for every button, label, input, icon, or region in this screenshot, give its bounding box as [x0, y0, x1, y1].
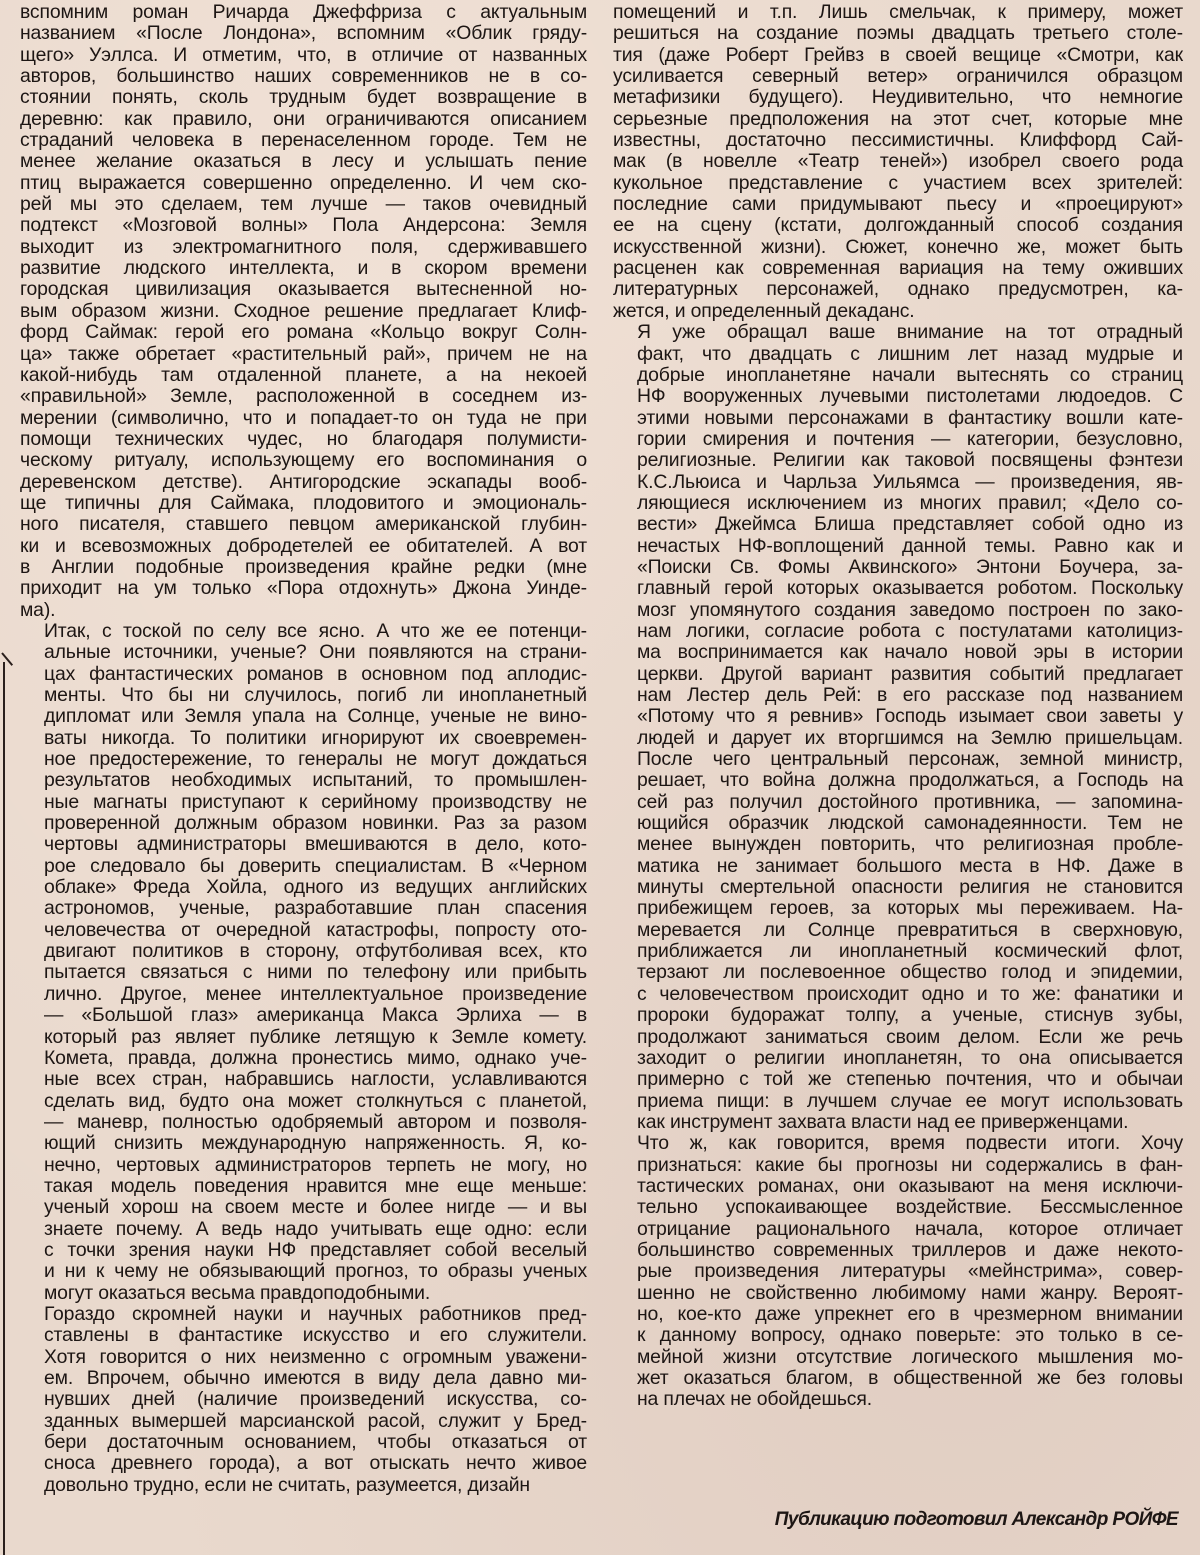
text-line: ки и всевозможных добродетелей ее обитат… — [20, 536, 587, 557]
text-line: какой-нибудь там отдаленной планете, а н… — [20, 365, 587, 386]
newspaper-page: вспомним роман Ричарда Джеффриза с актуа… — [0, 0, 1200, 1555]
text-line: Итак, с тоской по селу все ясно. А что ж… — [20, 621, 587, 642]
text-line: Что ж, как говорится, время подвести ито… — [613, 1133, 1183, 1154]
text-line: менее желание оказаться в лесу и услышат… — [20, 151, 587, 172]
text-line: ющийся образчик людской самонадеянности.… — [613, 813, 1183, 834]
text-line: ющий снизить международную напряженность… — [20, 1133, 587, 1154]
text-line: щего» Уэллса. И отметим, что, в отличие … — [20, 45, 587, 66]
text-line: расценен как современная вариация на тем… — [613, 258, 1183, 279]
text-line: к данному вопросу, однако поверьте: это … — [613, 1325, 1183, 1346]
text-line: могут оказаться весьма правдоподобными. — [20, 1283, 587, 1304]
text-line: отрицание рационального начала, которое … — [613, 1219, 1183, 1240]
text-line: рые произведения литературы «мейнстрима»… — [613, 1261, 1183, 1282]
author-byline: Публикацию подготовил Александр РОЙФЕ — [775, 1509, 1178, 1531]
paragraph: помещений и т.п. Лишь смельчак, к пример… — [613, 2, 1183, 322]
text-line: ца» также обретает «растительный рай», п… — [20, 344, 587, 365]
text-line: церкви. Другой вариант развития событий … — [613, 664, 1183, 685]
text-line: нам логики, согласие робота с постулатам… — [613, 621, 1183, 642]
text-line: менее вынужден повторить, что религиозна… — [613, 834, 1183, 855]
text-line: альные источники, ученые? Они появляются… — [20, 642, 587, 663]
text-line: мак (в новелле «Театр теней») изобрел св… — [613, 151, 1183, 172]
text-line: приема пищи: в лучшем случае ее могут ис… — [613, 1091, 1183, 1112]
text-line: известны, достаточно пессимистичны. Клиф… — [613, 130, 1183, 151]
text-line: ученый хорош на своем месте и более нигд… — [20, 1197, 587, 1218]
text-line: такая модель поведения нравится мне еще … — [20, 1176, 587, 1197]
text-line: литературных персонажей, однако предусмо… — [613, 279, 1183, 300]
text-line: в Англии подобные произведения крайне ре… — [20, 557, 587, 578]
text-line: ное предостережение, то генералы не могу… — [20, 749, 587, 770]
text-line: помещений и т.п. Лишь смельчак, к пример… — [613, 2, 1183, 23]
text-line: стоянии понять, сколь трудным будет возв… — [20, 87, 587, 108]
text-line: факт, что двадцать с лишним лет назад му… — [613, 344, 1183, 365]
text-line: облаке» Фреда Хойла, одного из ведущих а… — [20, 877, 587, 898]
text-line: метафизики будущего). Неудивительно, что… — [613, 87, 1183, 108]
text-line: — маневр, полностью одобряемый автором и… — [20, 1112, 587, 1133]
text-line: ма воспринимается как начало новой эры в… — [613, 642, 1183, 663]
text-line: ваты никогда. То политики игнорируют их … — [20, 728, 587, 749]
text-line: главный герой которых оказывается робото… — [613, 578, 1183, 599]
text-line: кукольное представление с участием всех … — [613, 173, 1183, 194]
text-line: проверенной должным образом новинки. Раз… — [20, 813, 587, 834]
text-line: религиозные. Религии как таковой посвяще… — [613, 450, 1183, 471]
text-line: ставлены в фантастике искусство и его сл… — [20, 1325, 587, 1346]
text-line: мозг упомянутого создания заведомо постр… — [613, 600, 1183, 621]
text-line: «Поиски Св. Фомы Аквинского» Энтони Боуч… — [613, 557, 1183, 578]
text-line: Хотя говорится о них неизменно с огромны… — [20, 1347, 587, 1368]
text-line: сделать вид, будто она может столкнуться… — [20, 1091, 587, 1112]
text-line: знаете почему. А ведь надо учитывать еще… — [20, 1219, 587, 1240]
text-line: вым образом жизни. Сходное решение предл… — [20, 301, 587, 322]
text-line: и ни к чему не обязывающий прогноз, то о… — [20, 1261, 587, 1282]
text-line: этими новыми персонажами в фантастику во… — [613, 408, 1183, 429]
paragraph: Итак, с тоской по селу все ясно. А что ж… — [20, 621, 587, 1304]
paragraph: Гораздо скромней науки и научных работни… — [20, 1304, 587, 1496]
text-line: тельно успокаивающее воздействие. Бессмы… — [613, 1197, 1183, 1218]
text-line: ляющиеся исключением из многих правил; «… — [613, 493, 1183, 514]
text-line: Я уже обращал ваше внимание на тот отрад… — [613, 322, 1183, 343]
text-line: приближается ли инопланетный космический… — [613, 941, 1183, 962]
text-line: лично. Другое, менее интеллектуальное пр… — [20, 984, 587, 1005]
paragraph: Я уже обращал ваше внимание на тот отрад… — [613, 322, 1183, 1133]
text-line: с точки зрения науки НФ представляет соб… — [20, 1240, 587, 1261]
text-line: зданных вымершей марсианской расой, служ… — [20, 1411, 587, 1432]
text-line: авторов, большинство наших современников… — [20, 66, 587, 87]
text-line: пытается связаться с ними по телефону ил… — [20, 962, 587, 983]
text-line: шенно не свойственно любимому нами жанру… — [613, 1283, 1183, 1304]
text-line: вести» Джеймса Блиша представляет собой … — [613, 514, 1183, 535]
text-line: городская цивилизация оказывается вытесн… — [20, 279, 587, 300]
text-line: признаться: какие бы прогнозы ни содержа… — [613, 1155, 1183, 1176]
text-line: мерении (символично, что и попадает-то о… — [20, 408, 587, 429]
text-line: бери достаточным основанием, чтобы отказ… — [20, 1432, 587, 1453]
text-line: выходит из электромагнитного поля, сдерж… — [20, 237, 587, 258]
text-line: рое следовало бы доверить специалистам. … — [20, 856, 587, 877]
text-line: развитие людского интеллекта, и в скором… — [20, 258, 587, 279]
text-line: нам Лестер дель Рей: в его рассказе под … — [613, 685, 1183, 706]
text-line: терзают ли послевоенное общество голод и… — [613, 962, 1183, 983]
text-line: астрономов, ученые, разработавшие план с… — [20, 898, 587, 919]
text-line: добрые инопланетяне начали вытеснять со … — [613, 365, 1183, 386]
text-line: ческому ритуалу, использующему его воспо… — [20, 450, 587, 471]
text-line: усиливается северный ветер» ограничился … — [613, 66, 1183, 87]
text-line: ного писателя, ставшего певцом американс… — [20, 514, 587, 535]
text-line: деревню: как правило, они ограничиваются… — [20, 109, 587, 130]
text-line: двигают политиков в сторону, отфутболива… — [20, 941, 587, 962]
left-column: вспомним роман Ричарда Джеффриза с актуа… — [20, 2, 587, 1496]
paragraph: вспомним роман Ричарда Джеффриза с актуа… — [20, 2, 587, 621]
text-line: ма). — [20, 600, 587, 621]
text-line: Гораздо скромней науки и научных работни… — [20, 1304, 587, 1325]
text-line: приходит на ум только «Пора отдохнуть» Д… — [20, 578, 587, 599]
text-line: форд Саймак: герой его романа «Кольцо во… — [20, 322, 587, 343]
text-line: с человечеством происходит одно и то же:… — [613, 984, 1183, 1005]
text-line: К.С.Льюиса и Чарльза Уильямса — произвед… — [613, 472, 1183, 493]
text-line: подтекст «Мозговой волны» Пола Андерсона… — [20, 215, 587, 236]
text-line: большинство современных триллеров и даже… — [613, 1240, 1183, 1261]
text-line: ные всех стран, набравшись наглости, усл… — [20, 1069, 587, 1090]
text-line: решиться на создание поэмы двадцать трет… — [613, 23, 1183, 44]
text-line: нечно, чертовых администраторов терпеть … — [20, 1155, 587, 1176]
text-line: нечастых НФ-воплощений данной темы. Равн… — [613, 536, 1183, 557]
text-line: птиц выражается совершенно определенно. … — [20, 173, 587, 194]
text-line: минуты смертельной опасности религия не … — [613, 877, 1183, 898]
text-line: матика не занимает большого места в НФ. … — [613, 856, 1183, 877]
text-line: вспомним роман Ричарда Джеффриза с актуа… — [20, 2, 587, 23]
paragraph: Что ж, как говорится, время подвести ито… — [613, 1133, 1183, 1410]
text-line: ем. Впрочем, обычно имеются в виду дела … — [20, 1368, 587, 1389]
text-line: продолжают заниматься своим делом. Если … — [613, 1027, 1183, 1048]
text-line: рей мы это сделаем, тем лучше — таков оч… — [20, 194, 587, 215]
text-line: помощи технических чудес, но благодаря п… — [20, 429, 587, 450]
text-line: заходит о религии инопланетян, то она оп… — [613, 1048, 1183, 1069]
text-line: меревается ли Солнце превратиться в свер… — [613, 920, 1183, 941]
text-line: довольно трудно, если не считать, разуме… — [20, 1475, 587, 1496]
text-line: результатов необходимых испытаний, то пр… — [20, 770, 587, 791]
text-line: Комета, правда, должна пронестись мимо, … — [20, 1048, 587, 1069]
text-line: мейной жизни отсутствие логического мышл… — [613, 1347, 1183, 1368]
text-line: как инструмент захвата власти над ее при… — [613, 1112, 1183, 1133]
text-line: человечества от очередной катастрофы, по… — [20, 920, 587, 941]
text-line: названием «После Лондона», вспомним «Обл… — [20, 23, 587, 44]
text-line: «Потому что я ревнив» Господь изымает св… — [613, 706, 1183, 727]
text-line: «правильной» Земле, расположенной в сосе… — [20, 386, 587, 407]
text-line: пророки будоражат толпу, а ученые, стисн… — [613, 1005, 1183, 1026]
text-line: НФ вооруженных лучевыми пистолетами людо… — [613, 386, 1183, 407]
text-line: ще типичны для Саймака, плодовитого и эм… — [20, 493, 587, 514]
text-line: дипломат или Земля упала на Солнце, учен… — [20, 706, 587, 727]
text-line: ные магнаты приступают к серийному произ… — [20, 792, 587, 813]
text-line: нувших дней (наличие произведений искусс… — [20, 1389, 587, 1410]
text-line: деревенском детстве). Антигородские эска… — [20, 472, 587, 493]
right-column: помещений и т.п. Лишь смельчак, к пример… — [613, 2, 1183, 1411]
text-line: сноса древнего города), а вот отыскать н… — [20, 1453, 587, 1474]
text-line: тия (даже Роберт Грейвз в своей вещице «… — [613, 45, 1183, 66]
margin-bracket-line — [3, 662, 5, 1555]
text-line: чертовы администраторы вмешиваются в дел… — [20, 834, 587, 855]
text-line: тастических романах, они оказывают на ме… — [613, 1176, 1183, 1197]
text-line: искусственной жизни). Сюжет, конечно же,… — [613, 237, 1183, 258]
text-line: менты. Что бы ни случилось, погиб ли ино… — [20, 685, 587, 706]
text-line: жется, и определенный декаданс. — [613, 301, 1183, 322]
text-line: людей и дарует их вторгшимся на Землю пр… — [613, 728, 1183, 749]
text-line: на плечах не обойдешься. — [613, 1389, 1183, 1410]
text-line: решает, что война должна продолжаться, а… — [613, 770, 1183, 791]
text-line: примерно с той же степенью почтения, что… — [613, 1069, 1183, 1090]
text-line: ее на сцену (кстати, долгожданный способ… — [613, 215, 1183, 236]
text-line: — «Большой глаз» американца Макса Эрлиха… — [20, 1005, 587, 1026]
text-line: сей раз получил достойного противника, —… — [613, 792, 1183, 813]
text-line: последние сами придумывают пьесу и «прое… — [613, 194, 1183, 215]
text-line: но, кое-кто даже упрекнет его в чрезмерн… — [613, 1304, 1183, 1325]
text-line: После чего центральный персонаж, земной … — [613, 749, 1183, 770]
text-line: страданий человека в перенаселенном горо… — [20, 130, 587, 151]
text-line: жет оказаться благом, в общественной же … — [613, 1368, 1183, 1389]
text-line: который раз являет публике летящую к Зем… — [20, 1027, 587, 1048]
text-line: прибежищем героев, за которых мы пережив… — [613, 898, 1183, 919]
text-line: гории смирения и почтения — категории, б… — [613, 429, 1183, 450]
text-line: серьезные предположения на этот счет, ко… — [613, 109, 1183, 130]
text-line: цах фантастических романов в основном по… — [20, 664, 587, 685]
